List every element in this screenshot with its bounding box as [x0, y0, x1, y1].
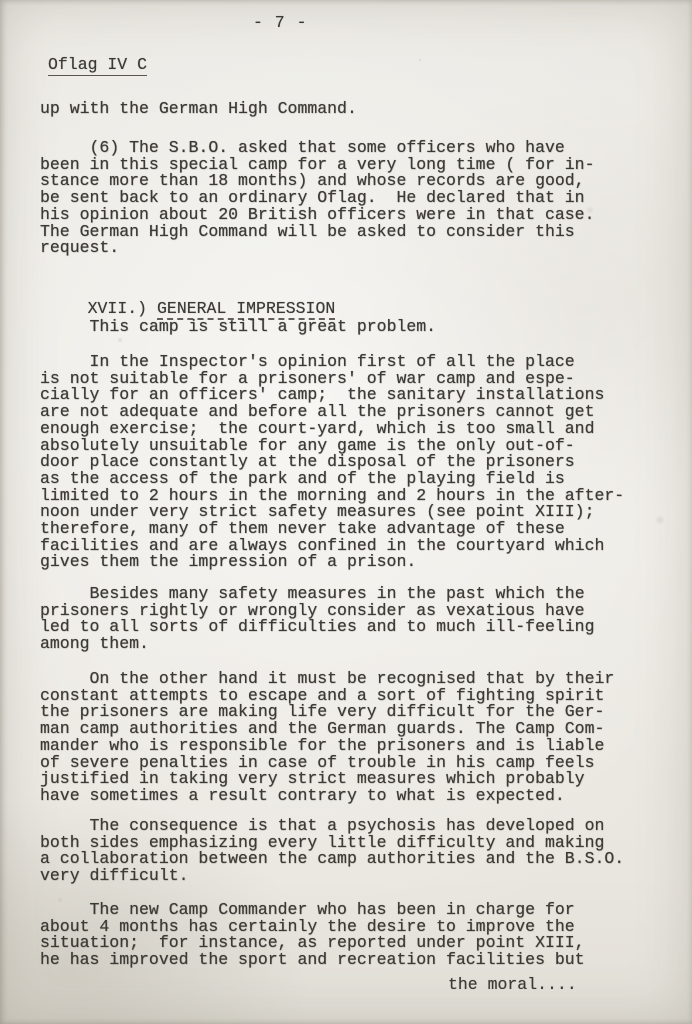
scanned-document-page: - 7 - Oflag IV C up with the German High… [0, 0, 692, 1024]
paragraph-inspector-opinion: In the Inspector's opinion first of all … [40, 354, 656, 571]
paragraph-sbo-request: (6) The S.B.O. asked that some officers … [40, 140, 656, 257]
section-number: XVII.) [88, 299, 147, 318]
catchword-continuation: the moral.... [448, 977, 577, 994]
paragraph-other-hand: On the other hand it must be recognised … [40, 671, 656, 805]
paragraph-continuation: up with the German High Command. [40, 101, 656, 118]
paragraph-consequence: The consequence is that a psychosis has … [40, 818, 656, 885]
paragraph-camp-problem: This camp is still a great problem. [40, 319, 656, 336]
paragraph-safety-measures: Besides many safety measures in the past… [40, 586, 656, 653]
page-number: - 7 - [253, 15, 308, 32]
camp-heading: Oflag IV C [48, 57, 147, 76]
paragraph-new-commander: The new Camp Commander who has been in c… [40, 902, 656, 969]
